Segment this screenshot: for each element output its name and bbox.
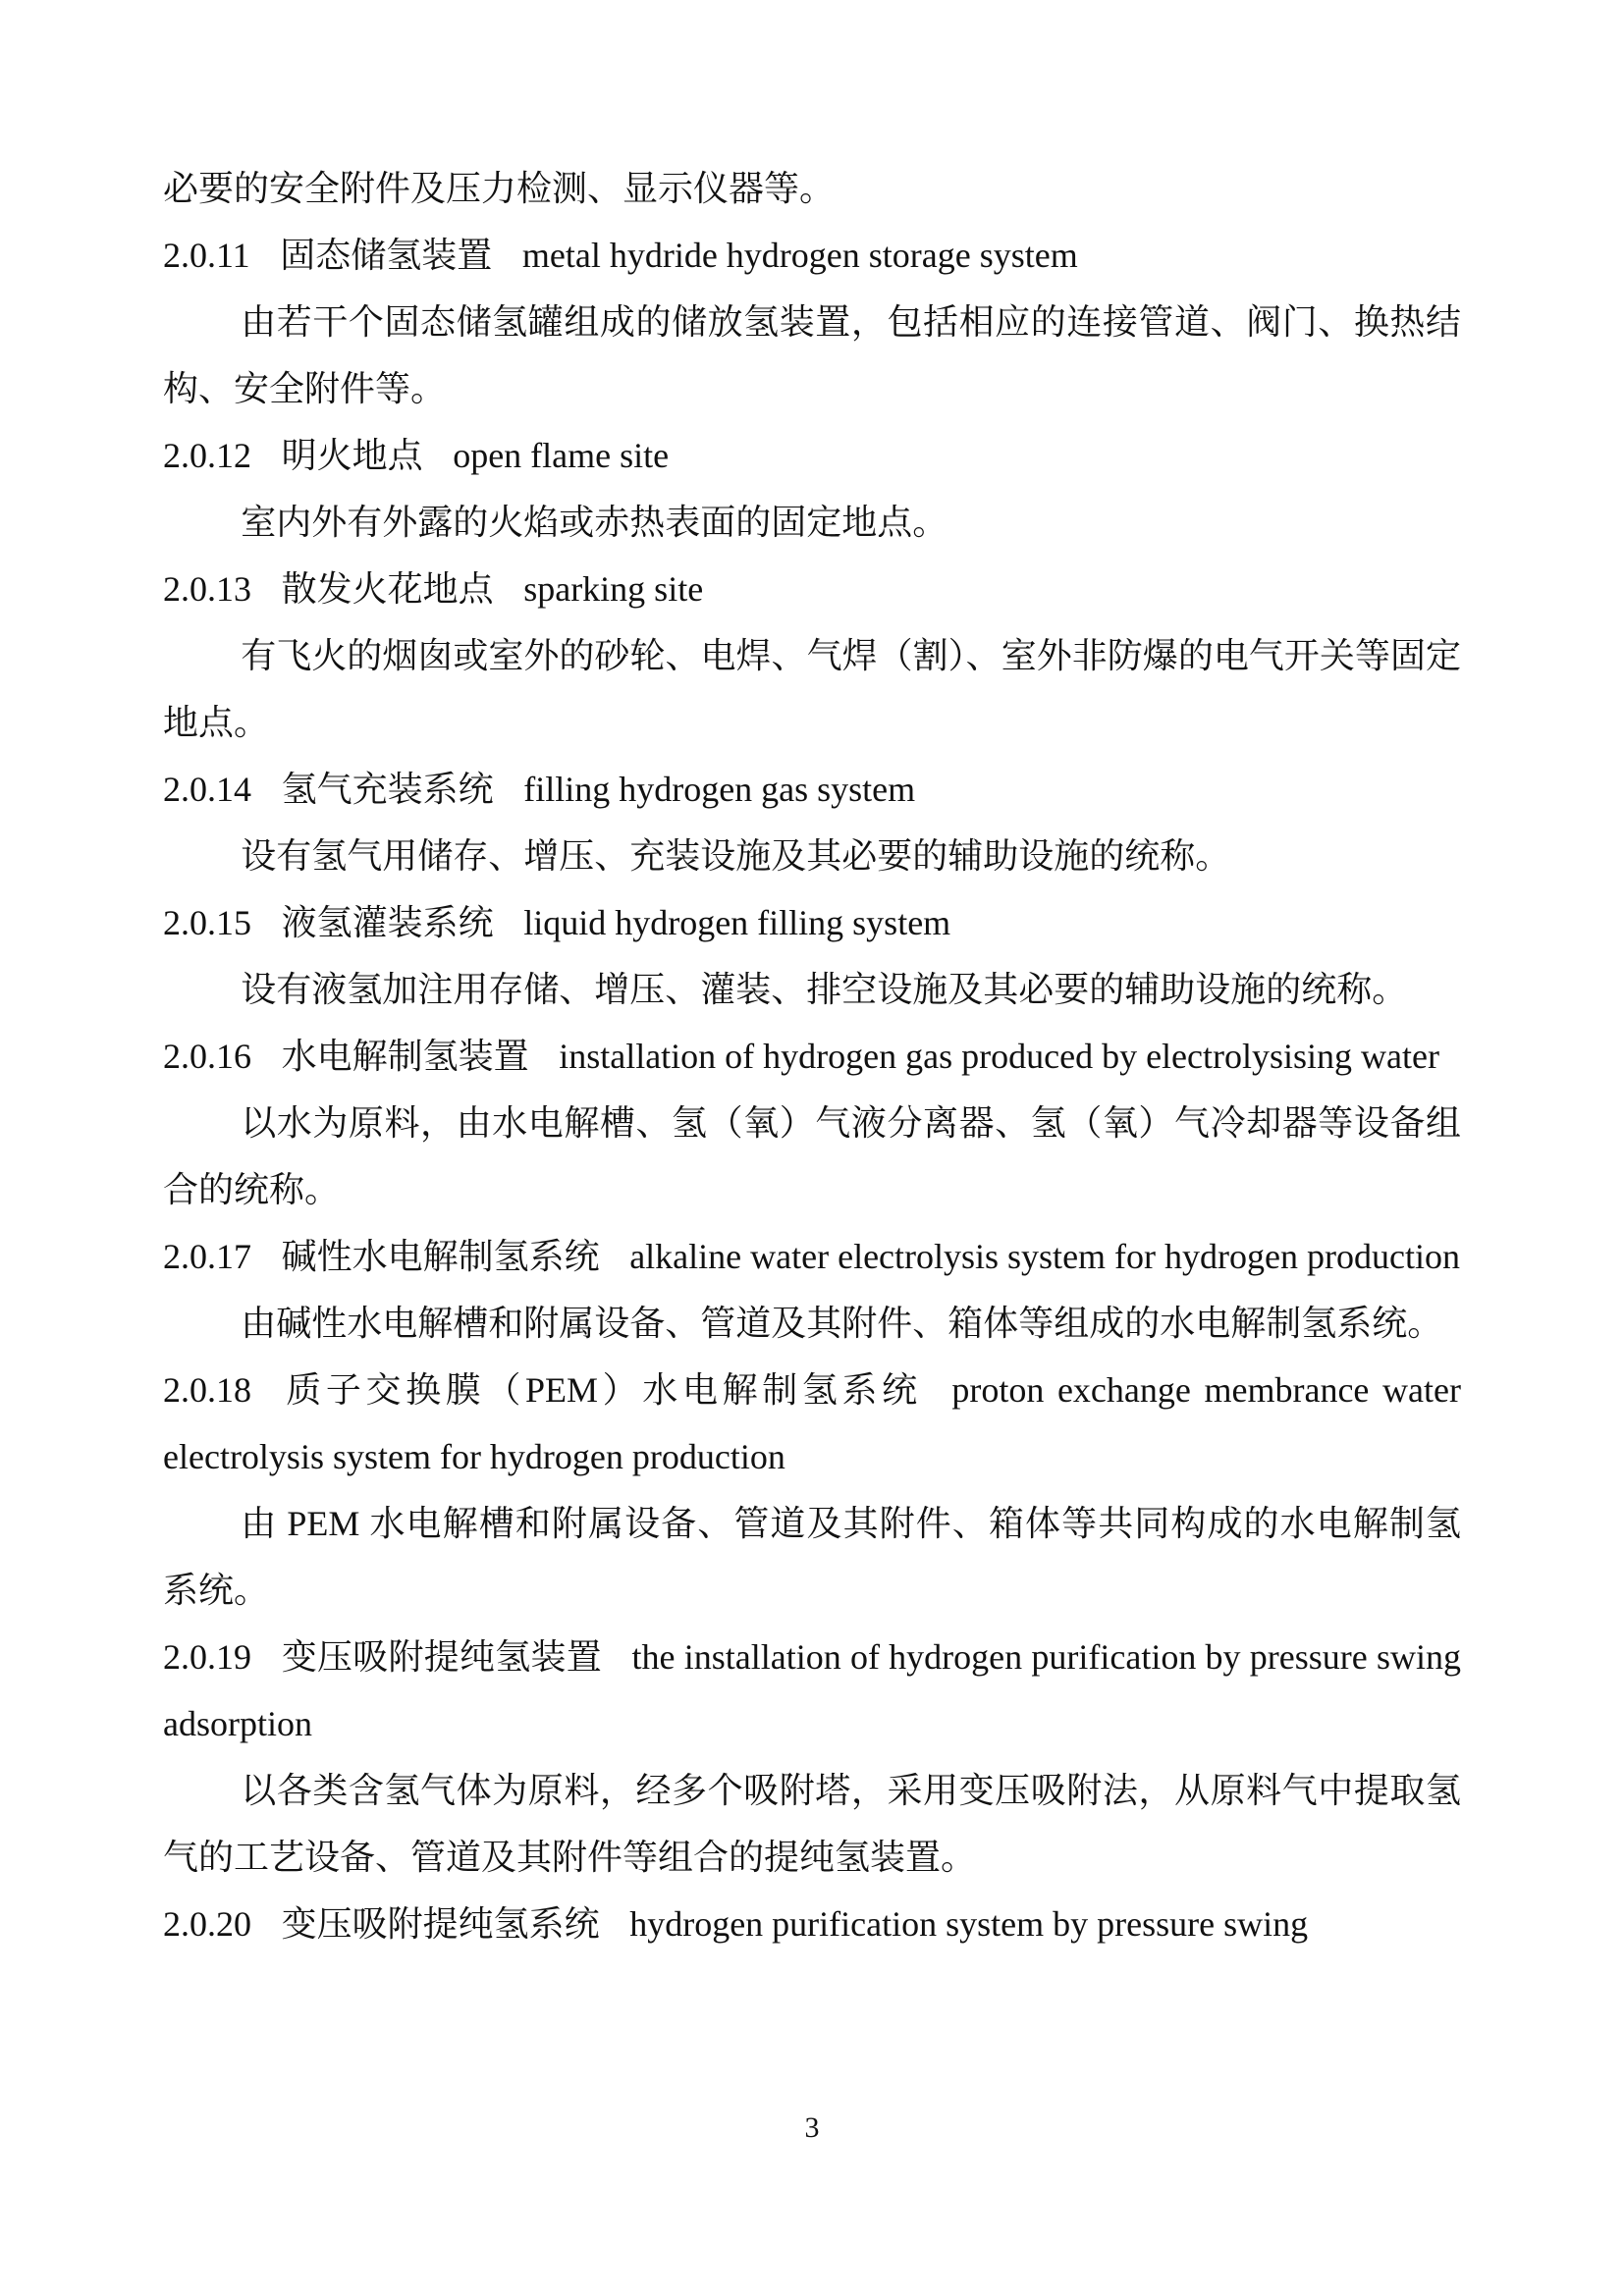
entry-term-en: open flame site: [453, 436, 669, 475]
entry-term-zh: 氢气充装系统: [282, 770, 494, 809]
entry-number: 2.0.16: [163, 1037, 251, 1076]
entry-term-line: 2.0.11固态储氢装置metal hydride hydrogen stora…: [163, 222, 1461, 289]
entry-number: 2.0.13: [163, 569, 251, 609]
entry-term-zh: 变压吸附提纯氢系统: [282, 1904, 600, 1944]
entry-number: 2.0.19: [163, 1637, 251, 1677]
entry-term-zh: 质子交换膜（PEM）水电解制氢系统: [282, 1370, 922, 1410]
entry-term-en: filling hydrogen gas system: [523, 770, 915, 809]
entry-definition: 以水为原料，由水电解槽、氢（氧）气液分离器、氢（氧）气冷却器等设备组合的统称。: [163, 1090, 1461, 1223]
entry-term-line: 2.0.20变压吸附提纯氢系统hydrogen purification sys…: [163, 1891, 1461, 1957]
entry-term-line: 2.0.15液氢灌装系统liquid hydrogen filling syst…: [163, 889, 1461, 956]
entry-term-zh: 固态储氢装置: [280, 236, 492, 275]
entry-definition: 室内外有外露的火焰或赤热表面的固定地点。: [163, 489, 1461, 556]
entry-term-en: hydrogen purification system by pressure…: [629, 1904, 1308, 1944]
entry-term-zh: 散发火花地点: [282, 569, 494, 609]
entry-term-line: 2.0.13散发火花地点sparking site: [163, 556, 1461, 622]
entry-number: 2.0.15: [163, 903, 251, 942]
entry-number: 2.0.17: [163, 1237, 251, 1276]
entry-term-en: liquid hydrogen filling system: [523, 903, 950, 942]
entry-definition: 由若干个固态储氢罐组成的储放氢装置，包括相应的连接管道、阀门、换热结构、安全附件…: [163, 289, 1461, 422]
entry-term-line: 2.0.12明火地点open flame site: [163, 422, 1461, 489]
entry-definition: 由 PEM 水电解槽和附属设备、管道及其附件、箱体等共同构成的水电解制氢系统。: [163, 1490, 1461, 1624]
entry-number: 2.0.12: [163, 436, 251, 475]
entry-term-zh: 碱性水电解制氢系统: [282, 1237, 600, 1276]
entry-term-zh: 明火地点: [282, 436, 423, 475]
entry-term-line: 2.0.19变压吸附提纯氢装置the installation of hydro…: [163, 1624, 1461, 1757]
entry-term-en: alkaline water electrolysis system for h…: [629, 1237, 1460, 1276]
entry-definition: 由碱性水电解槽和附属设备、管道及其附件、箱体等组成的水电解制氢系统。: [163, 1290, 1461, 1357]
entry-term-en: sparking site: [523, 569, 703, 609]
document-page: 必要的安全附件及压力检测、显示仪器等。 2.0.11固态储氢装置metal hy…: [0, 0, 1624, 2296]
entry-number: 2.0.11: [163, 236, 250, 275]
entry-term-zh: 液氢灌装系统: [282, 903, 494, 942]
entry-term-en: installation of hydrogen gas produced by…: [559, 1037, 1439, 1076]
entry-number: 2.0.14: [163, 770, 251, 809]
entry-term-en: metal hydride hydrogen storage system: [522, 236, 1078, 275]
entry-definition: 有飞火的烟囱或室外的砂轮、电焊、气焊（割）、室外非防爆的电气开关等固定地点。: [163, 622, 1461, 756]
entry-term-line: 2.0.18质子交换膜（PEM）水电解制氢系统proton exchange m…: [163, 1357, 1461, 1490]
entry-definition: 设有氢气用储存、增压、充装设施及其必要的辅助设施的统称。: [163, 823, 1461, 889]
entry-term-line: 2.0.14氢气充装系统filling hydrogen gas system: [163, 756, 1461, 823]
entry-term-zh: 变压吸附提纯氢装置: [282, 1637, 602, 1677]
body-text: 必要的安全附件及压力检测、显示仪器等。 2.0.11固态储氢装置metal hy…: [163, 155, 1461, 1957]
continuation-line: 必要的安全附件及压力检测、显示仪器等。: [163, 155, 1461, 222]
entry-number: 2.0.20: [163, 1904, 251, 1944]
entry-term-line: 2.0.17碱性水电解制氢系统alkaline water electrolys…: [163, 1223, 1461, 1290]
entry-number: 2.0.18: [163, 1370, 251, 1410]
page-number: 3: [0, 2109, 1624, 2148]
entry-term-zh: 水电解制氢装置: [282, 1037, 529, 1076]
entry-definition: 以各类含氢气体为原料，经多个吸附塔，采用变压吸附法，从原料气中提取氢气的工艺设备…: [163, 1757, 1461, 1891]
entry-definition: 设有液氢加注用存储、增压、灌装、排空设施及其必要的辅助设施的统称。: [163, 956, 1461, 1023]
entry-term-line: 2.0.16水电解制氢装置installation of hydrogen ga…: [163, 1023, 1461, 1090]
